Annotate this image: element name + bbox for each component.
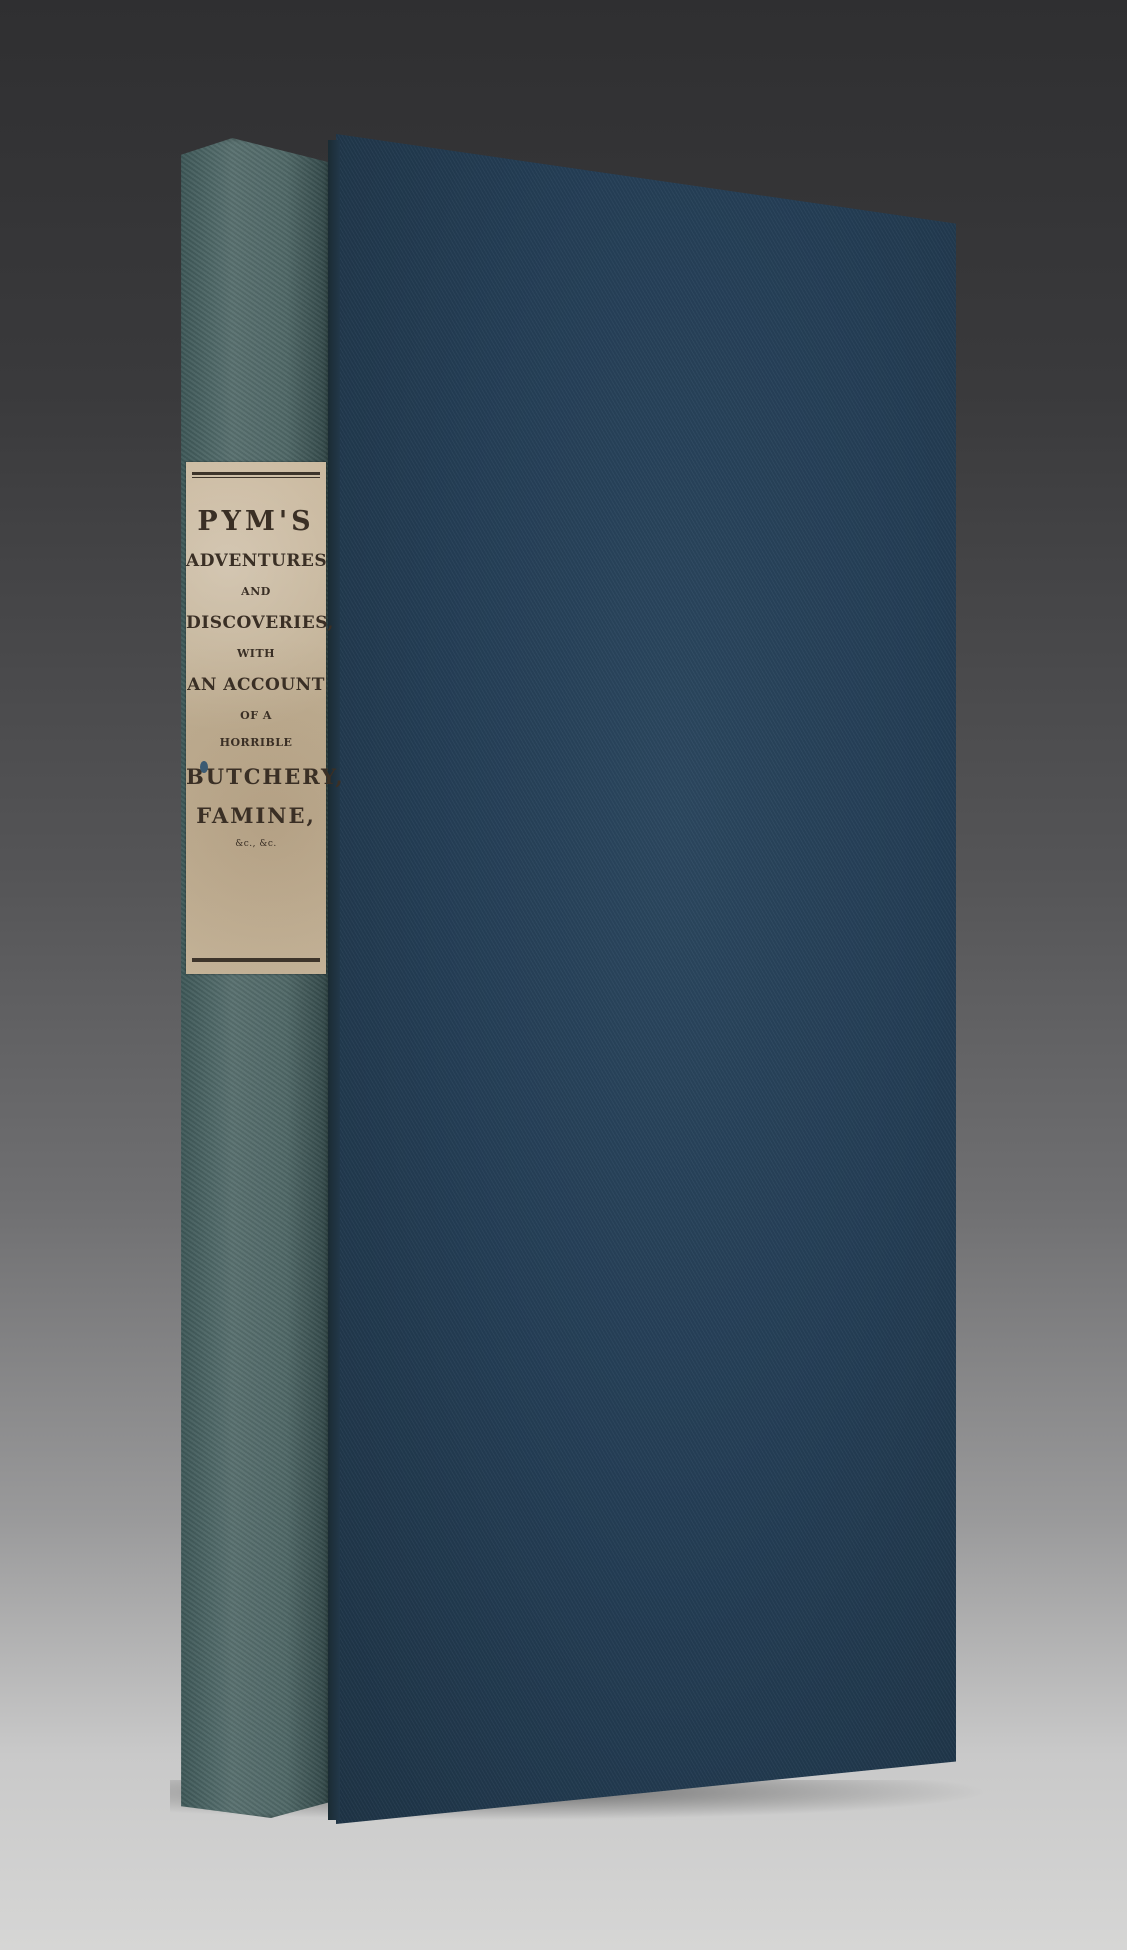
label-line: ADVENTURES	[186, 553, 326, 570]
book: PYM'S ADVENTURES AND DISCOVERIES, WITH A…	[0, 0, 1127, 1950]
label-line: HORRIBLE	[186, 737, 326, 748]
label-line: FAMINE,	[186, 805, 326, 826]
label-stain	[200, 761, 208, 773]
label-line: DISCOVERIES,	[186, 615, 326, 632]
label-line: &c., &c.	[186, 840, 326, 849]
label-line: WITH	[186, 648, 326, 659]
book-front-cover	[336, 134, 956, 1824]
photo-scene: PYM'S ADVENTURES AND DISCOVERIES, WITH A…	[0, 0, 1127, 1950]
label-line-title: PYM'S	[186, 508, 326, 535]
label-line: OF A	[186, 710, 326, 721]
label-line: AND	[186, 586, 326, 597]
book-spine	[178, 138, 333, 1818]
label-top-rules	[186, 462, 326, 478]
book-hinge	[328, 140, 340, 1820]
label-bottom-rules	[186, 956, 326, 962]
label-line: AN ACCOUNT	[186, 677, 326, 694]
spine-label: PYM'S ADVENTURES AND DISCOVERIES, WITH A…	[186, 462, 326, 974]
